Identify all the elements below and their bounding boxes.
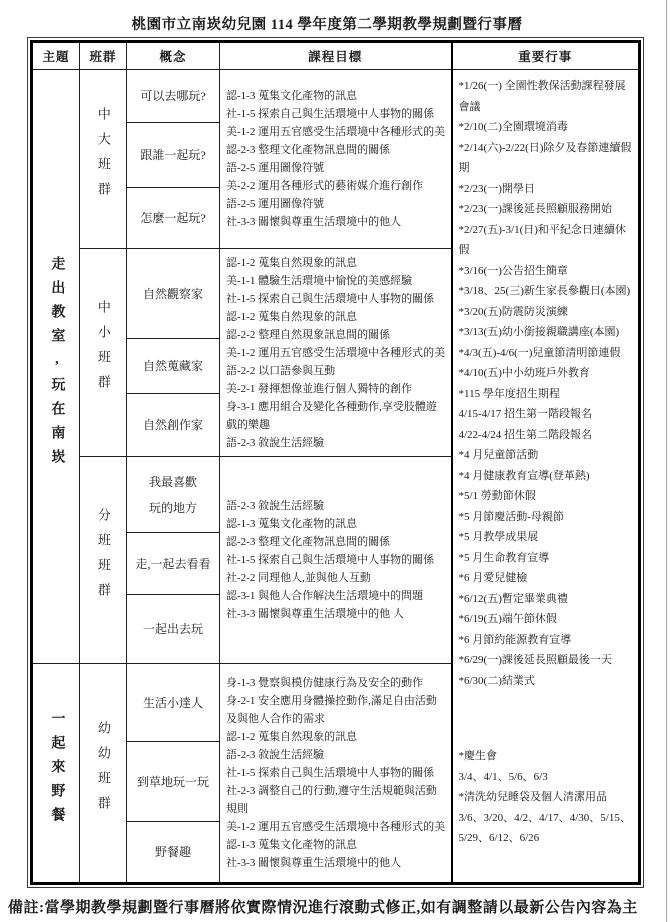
event-line: *清洗幼兒睡袋及個人清潔用品: [459, 787, 636, 808]
group-label-fenban: 分班班群: [96, 508, 110, 608]
goal-line: 認-1-3 蒐集文化產物的訊息: [226, 515, 447, 533]
concept-cell-g1-3: 怎麼一起玩?: [127, 188, 220, 249]
event-line: *6/30(二)結業式: [459, 671, 636, 692]
goal-line: 美-1-2 運用五官感受生活環境中各種形式的美: [226, 818, 447, 836]
event-line: 3/6、3/20、4/2、4/17、4/30、5/15、5/29、6/12、6/…: [459, 808, 636, 849]
goal-line: 認-1-2 蒐集自然現象的訊息: [226, 308, 447, 326]
concept-cell-g1-1: 可以去哪玩?: [127, 70, 220, 123]
concept-cell-g3-1: 我最喜歡 玩的地方: [127, 457, 220, 533]
goal-line: 認-2-2 整理自然現象訊息間的關係: [226, 326, 447, 344]
col-header-theme: 主題: [32, 42, 80, 70]
goal-line: 美-1-2 運用五官感受生活環境中各種形式的美: [226, 344, 447, 362]
footnote: 備註:當學期教學規劃暨行事曆將依實際情況進行滾動式修正,如有調整請以最新公告內容…: [8, 896, 663, 917]
event-line: *2/23(一)開學日: [459, 179, 636, 200]
event-line: *2/27(五)-3/1(日)和平紀念日連續休假: [459, 220, 636, 261]
goal-line: 認-1-2 蒐集自然現象的訊息: [226, 728, 447, 746]
goal-line: 社-3-3 關懷與尊重生活環境中的他 人: [226, 605, 447, 623]
goal-line: 身-3-1 應用組合及變化各種動作,享受肢體遊戲的樂趣: [226, 398, 447, 434]
concept-cell-g4-2: 到草地玩一玩: [127, 742, 220, 822]
goal-line: 身-1-3 覺察與模仿健康行為及安全的動作: [226, 674, 447, 692]
col-header-events: 重要行事: [452, 42, 640, 70]
concept-cell-g2-3: 自然創作家: [127, 394, 220, 457]
goal-line: 社-3-3 關懷與尊重生活環境中的他人: [226, 854, 447, 872]
group-label-youyou: 幼幼班群: [96, 721, 110, 821]
event-line: *3/18、25(三)新生家長參觀日(本園): [459, 281, 636, 302]
event-line: *5 月教學成果展: [459, 527, 636, 548]
document-page: 桃園市立南崁幼兒園 114 學年度第二學期教學規劃暨行事曆 主題 班群 概念 課…: [0, 0, 670, 922]
col-header-goals: 課程目標: [220, 42, 452, 70]
event-line: *2/10(二)全園環境消毒: [459, 117, 636, 138]
goals-cell-g4: 身-1-3 覺察與模仿健康行為及安全的動作身-2-1 安全應用身體操控動作,滿足…: [220, 664, 452, 884]
event-line: *6/19(五)端午節休假: [459, 609, 636, 630]
goal-line: 美-2-1 發揮想像並進行個人獨特的創作: [226, 380, 447, 398]
event-line: *6/12(五)暫定畢業典禮: [459, 589, 636, 610]
goal-line: 社-1-5 探索自己與生活環境中人事物的關係: [226, 551, 447, 569]
concept-cell-g4-3: 野餐趣: [127, 822, 220, 884]
table-row: 走出教室,玩在南崁 中大班群 可以去哪玩? 認-1-3 蒐集文化產物的訊息社-1…: [32, 70, 640, 123]
goal-line: 社-3-3 關懷與尊重生活環境中的他人: [226, 213, 447, 231]
event-line: [459, 691, 636, 746]
concept-cell-g3-2: 走,一起去看看: [127, 533, 220, 595]
event-line: *6/29(一)課後延長照顧最後一天: [459, 650, 636, 671]
event-line: *4/3(五)-4/6(一)兒童節清明節連假: [459, 343, 636, 364]
group-label-zhongxiao: 中小班群: [96, 300, 110, 400]
goal-line: 認-1-2 蒐集自然現象的訊息: [226, 254, 447, 272]
goal-line: 語-2-3 敘說生活經驗: [226, 746, 447, 764]
concept-cell-g2-1: 自然觀察家: [127, 249, 220, 339]
goal-line: 語-2-2 以口語參與互動: [226, 362, 447, 380]
event-line: *5/1 勞動節休假: [459, 486, 636, 507]
goals-cell-g3: 語-2-3 敘說生活經驗認-1-3 蒐集文化產物的訊息認-2-3 整理文化產物訊…: [220, 457, 452, 664]
events-cell: *1/26(一) 全園性教保活動課程發展會議*2/10(二)全園環境消毒*2/1…: [452, 70, 640, 884]
goal-line: 社-2-3 調整自己的行動,遵守生活規範與活動規則: [226, 782, 447, 818]
event-line: *6 月愛兒健檢: [459, 568, 636, 589]
goals-cell-g2: 認-1-2 蒐集自然現象的訊息美-1-1 體驗生活環境中愉悅的美感經驗社-1-5…: [220, 249, 452, 457]
goal-line: 美-2-2 運用各種形式的藝術媒介進行創作: [226, 177, 447, 195]
goal-line: 認-1-3 蒐集文化產物的訊息: [226, 836, 447, 854]
event-line: *4/10(五)中小幼班戶外教育: [459, 363, 636, 384]
goal-line: 語-2-3 敘說生活經驗: [226, 497, 447, 515]
goal-line: 認-3-1 與他人合作解決生活環境中的問題: [226, 587, 447, 605]
theme-label-picnic: 一起來野餐: [49, 711, 64, 831]
group-cell-zhongxiao: 中小班群: [80, 249, 127, 457]
goal-line: 認-1-3 蒐集文化產物的訊息: [226, 87, 447, 105]
event-line: *5 月節慶活動-母親節: [459, 507, 636, 528]
concept-cell-g4-1: 生活小達人: [127, 664, 220, 742]
concept-cell-g3-3: 一起出去玩: [127, 595, 220, 664]
goal-line: 社-1-5 探索自己與生活環境中人事物的關係: [226, 290, 447, 308]
page-edge-line: [666, 0, 667, 922]
goal-line: 美-1-1 體驗生活環境中愉悅的美感經驗: [226, 272, 447, 290]
col-header-concept: 概念: [127, 42, 220, 70]
goal-line: 語-2-5 運用圖像符號: [226, 195, 447, 213]
concept-cell-g2-2: 自然蒐藏家: [127, 339, 220, 394]
header-row: 主題 班群 概念 課程目標 重要行事: [32, 42, 640, 70]
event-line: *3/13(五)幼小銜接親職講座(本園): [459, 322, 636, 343]
schedule-table: 主題 班群 概念 課程目標 重要行事 走出教室,玩在南崁 中大班群 可以去哪玩?…: [30, 40, 641, 885]
event-line: 4/22-4/24 招生第二階段報名: [459, 425, 636, 446]
goal-line: 社-1-5 探索自己與生活環境中人事物的關係: [226, 764, 447, 782]
event-line: *6 月節約能源教育宣導: [459, 630, 636, 651]
event-line: *4 月兒童節活動: [459, 445, 636, 466]
event-line: *4 月健康教育宣導(登革熱): [459, 466, 636, 487]
concept-cell-g1-2: 跟誰一起玩?: [127, 123, 220, 188]
event-line: *1/26(一) 全園性教保活動課程發展會議: [459, 76, 636, 117]
group-cell-fenban: 分班班群: [80, 457, 127, 664]
event-line: *3/16(一)公告招生簡章: [459, 261, 636, 282]
theme-label-outdoor: 走出教室,玩在南崁: [49, 256, 64, 473]
event-line: *慶生會: [459, 746, 636, 767]
event-line: *3/20(五)防震防災演練: [459, 302, 636, 323]
goal-line: 語-2-5 運用圖像符號: [226, 159, 447, 177]
theme-cell-picnic: 一起來野餐: [32, 664, 80, 884]
group-label-zhongda: 中大班群: [96, 107, 110, 207]
group-cell-zhongda: 中大班群: [80, 70, 127, 249]
goal-line: 認-2-3 整理文化產物訊息間的關係: [226, 141, 447, 159]
event-line: *115 學年度招生期程: [459, 384, 636, 405]
event-line: *5 月生命教育宣導: [459, 548, 636, 569]
col-header-group: 班群: [80, 42, 127, 70]
goal-line: 認-2-3 整理文化產物訊息間的關係: [226, 533, 447, 551]
event-line: 3/4、4/1、5/6、6/3: [459, 767, 636, 788]
event-line: *2/14(六)-2/22(日)除夕及春節連續假期: [459, 138, 636, 179]
goals-cell-g1: 認-1-3 蒐集文化產物的訊息社-1-5 探索自己與生活環境中人事物的關係美-1…: [220, 70, 452, 249]
goal-line: 社-2-2 同理他人,並與他人互動: [226, 569, 447, 587]
goal-line: 語-2-3 敘說生活經驗: [226, 434, 447, 452]
theme-cell-outdoor: 走出教室,玩在南崁: [32, 70, 80, 664]
goal-line: 社-1-5 探索自己與生活環境中人事物的關係: [226, 105, 447, 123]
goal-line: 身-2-1 安全應用身體操控動作,滿足自由活動及與他人合作的需求: [226, 692, 447, 728]
goal-line: 美-1-2 運用五官感受生活環境中各種形式的美: [226, 123, 447, 141]
page-title: 桃園市立南崁幼兒園 114 學年度第二學期教學規劃暨行事曆: [0, 13, 654, 34]
event-line: 4/15-4/17 招生第一階段報名: [459, 404, 636, 425]
group-cell-youyou: 幼幼班群: [80, 664, 127, 884]
event-line: *2/23(一)課後延長照顧服務開始: [459, 199, 636, 220]
